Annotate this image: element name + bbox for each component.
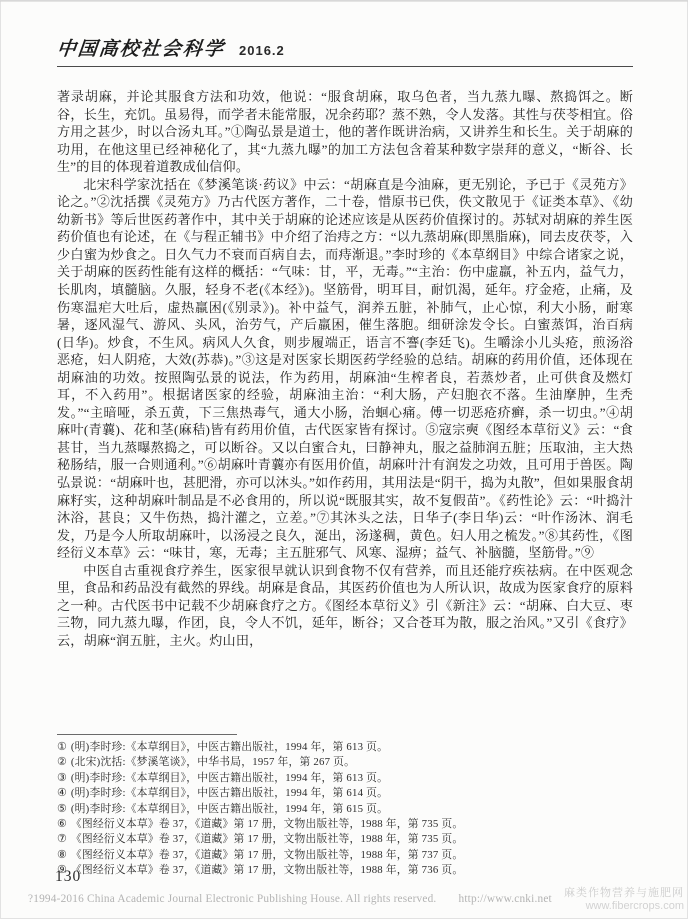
footnote-item: ⑨《图经衍义本草》卷 37，《道藏》第 17 册，文物出版社等，1988 年，第… xyxy=(57,863,633,878)
footnote-text: (明)李时珍:《本草纲目》，中医古籍出版社，1994 年，第 613 页。 xyxy=(71,741,388,753)
watermark-site-url: www.fibercrops.com xyxy=(564,900,684,913)
journal-logo: 中国高校社会科学 xyxy=(56,34,227,61)
footnote-list: ①(明)李时珍:《本草纲目》，中医古籍出版社，1994 年，第 613 页。 ②… xyxy=(57,740,633,879)
footnote-item: ②(北宋)沈括:《梦溪笔谈》，中华书局，1957 年，第 267 页。 xyxy=(57,755,633,770)
article-body: 著录胡麻，并论其服食方法和功效，他说：“服食胡麻，取乌色者，当九蒸九曝、熬捣饵之… xyxy=(57,88,633,650)
footnote-marker: ⑥ xyxy=(57,818,67,830)
watermark: 麻类作物营养与施肥网 www.fibercrops.com xyxy=(564,887,684,913)
page-number: 130 xyxy=(55,868,81,886)
body-paragraph-2: 北宋科学家沈括在《梦溪笔谈·药议》中云：“胡麻直是今油麻，更无别论，予已于《灵苑… xyxy=(57,176,633,562)
footnote-item: ③(明)李时珍:《本草纲目》，中医古籍出版社，1994 年，第 613 页。 xyxy=(57,771,633,786)
footnote-separator xyxy=(57,734,237,735)
footnote-marker: ⑧ xyxy=(57,849,67,861)
body-paragraph-1: 著录胡麻，并论其服食方法和功效，他说：“服食胡麻，取乌色者，当九蒸九曝、熬捣饵之… xyxy=(57,88,633,176)
footnote-marker: ④ xyxy=(57,787,67,799)
footnote-text: (明)李时珍:《本草纲目》，中医古籍出版社，1994 年，第 613 页。 xyxy=(71,772,388,784)
footnote-marker: ③ xyxy=(57,772,67,784)
issue-number: 2016.2 xyxy=(239,43,285,58)
header-rule xyxy=(57,66,633,67)
footnote-marker: ⑤ xyxy=(57,803,67,815)
footnote-text: (明)李时珍:《本草纲目》，中医古籍出版社，1994 年，第 615 页。 xyxy=(71,803,388,815)
scan-edge xyxy=(0,0,688,2)
footnote-item: ⑥《图经衍义本草》卷 37，《道藏》第 17 册，文物出版社等，1988 年，第… xyxy=(57,817,633,832)
footnote-text: 《图经衍义本草》卷 37，《道藏》第 17 册，文物出版社等，1988 年，第 … xyxy=(71,818,464,830)
body-paragraph-3: 中医自古重视食疗养生，医家很早就认识到食物不仅有营养，而且还能疗疾祛病。在中医观… xyxy=(57,562,633,650)
footnote-marker: ⑦ xyxy=(57,833,67,845)
footnote-marker: ② xyxy=(57,756,67,768)
footnote-text: 《图经衍义本草》卷 37，《道藏》第 17 册，文物出版社等，1988 年，第 … xyxy=(71,864,464,876)
footnote-text: (北宋)沈括:《梦溪笔谈》，中华书局，1957 年，第 267 页。 xyxy=(71,756,355,768)
copyright-text: ?1994-2016 China Academic Journal Electr… xyxy=(28,893,436,905)
footnote-marker: ① xyxy=(57,741,67,753)
footnote-text: (明)李时珍:《本草纲目》，中医古籍出版社，1994 年，第 614 页。 xyxy=(71,787,388,799)
footnote-item: ①(明)李时珍:《本草纲目》，中医古籍出版社，1994 年，第 613 页。 xyxy=(57,740,633,755)
footnote-text: 《图经衍义本草》卷 37，《道藏》第 17 册，文物出版社等，1988 年，第 … xyxy=(71,833,464,845)
watermark-site-name: 麻类作物营养与施肥网 xyxy=(564,887,684,900)
page-header: 中国高校社会科学 2016.2 xyxy=(57,34,633,67)
journal-page: 中国高校社会科学 2016.2 著录胡麻，并论其服食方法和功效，他说：“服食胡麻… xyxy=(0,0,688,919)
footnote-item: ⑤(明)李时珍:《本草纲目》，中医古籍出版社，1994 年，第 615 页。 xyxy=(57,802,633,817)
cnki-url: http://www.cnki.net xyxy=(458,893,551,905)
footnote-item: ⑧《图经衍义本草》卷 37，《道藏》第 17 册，文物出版社等，1988 年，第… xyxy=(57,848,633,863)
footnote-item: ④(明)李时珍:《本草纲目》，中医古籍出版社，1994 年，第 614 页。 xyxy=(57,786,633,801)
footnote-item: ⑦《图经衍义本草》卷 37，《道藏》第 17 册，文物出版社等，1988 年，第… xyxy=(57,832,633,847)
footnote-text: 《图经衍义本草》卷 37，《道藏》第 17 册，文物出版社等，1988 年，第 … xyxy=(71,849,464,861)
